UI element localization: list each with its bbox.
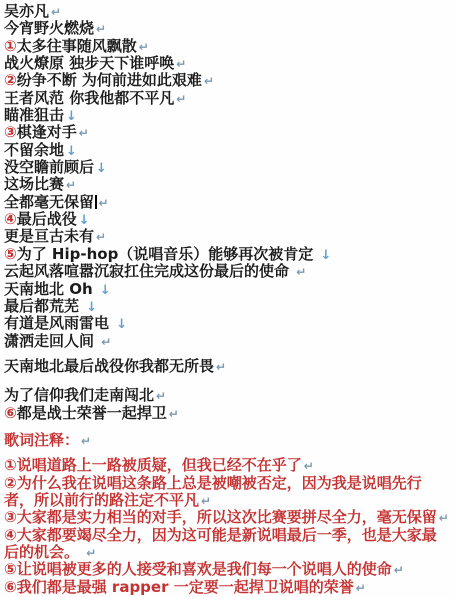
notes-heading[interactable]: 歌词注释：↵ <box>4 432 452 449</box>
lyric-line[interactable]: 有道是风雨雷电 ↓ <box>4 315 452 332</box>
text-segment: 今宵野火燃烧 <box>4 19 94 37</box>
paragraph-mark-icon: ↵ <box>99 196 109 210</box>
line-break-icon: ↓ <box>96 161 107 176</box>
paragraph-mark-icon: ↵ <box>439 511 449 525</box>
text-segment: 歌词注释： <box>4 431 79 449</box>
paragraph-mark-icon: ↵ <box>96 230 106 244</box>
lyric-line[interactable]: 天南地北最后战役你我都无所畏↵ <box>4 358 452 375</box>
text-segment: 后的机会。 <box>4 543 84 561</box>
line-break-icon: ↓ <box>116 317 127 332</box>
text-segment: 更是亘古未有 <box>4 227 94 245</box>
text-segment: 棋逢对手 <box>17 123 77 141</box>
lyric-line[interactable]: 这场比赛↵ <box>4 176 452 193</box>
lyric-line[interactable]: ③棋逢对手↵ <box>4 124 452 141</box>
text-segment: 全都毫无保留 <box>4 193 94 211</box>
paragraph-mark-icon: ↵ <box>296 265 306 279</box>
text-segment: 天南地北 Oh <box>4 280 98 298</box>
paragraph-mark-icon: ↵ <box>176 92 186 106</box>
line-break-icon: ↓ <box>100 283 111 298</box>
text-segment: 云起风落喧嚣沉寂扛住完成这份最后的使命 <box>4 262 294 280</box>
text-segment: ③大家都是实力相当的对手，所以这次比赛要拼尽全力，毫无保留 <box>4 508 437 526</box>
text-segment: 不留余地 <box>4 141 64 159</box>
paragraph-mark-icon: ↵ <box>101 335 111 349</box>
paragraph-mark-icon: ↵ <box>81 434 91 448</box>
annotation-line[interactable]: ⑤让说唱被更多的人接受和喜欢是我们每一个说唱人的使命↵ <box>4 561 452 578</box>
line-break-icon: ↓ <box>66 109 77 124</box>
paragraph-mark-icon: ↵ <box>169 407 179 421</box>
lyric-line[interactable]: 云起风落喧嚣沉寂扛住完成这份最后的使命 ↵ <box>4 263 452 280</box>
paragraph-mark-icon: ↵ <box>156 389 166 403</box>
text-segment: 瞄准狙击 <box>4 106 64 124</box>
text-segment: ③ <box>4 123 17 141</box>
text-segment: ① <box>4 37 17 55</box>
annotation-line[interactable]: ⑥我们都是最强 rapper 一定要一起捍卫说唱的荣誉↵ <box>4 579 452 596</box>
text-segment: ④ <box>4 210 17 228</box>
line-break-icon: ↓ <box>86 300 97 315</box>
text-segment: 有道是风雨雷电 <box>4 314 114 332</box>
text-segment: ⑤ <box>4 245 17 263</box>
text-segment: 太多往事随风飘散 <box>17 37 137 55</box>
paragraph-mark-icon: ↵ <box>304 459 314 473</box>
line-break-icon: ↓ <box>321 248 332 263</box>
text-segment: 吴亦凡 <box>4 2 49 20</box>
annotation-line[interactable]: 者，所以前行的路注定不平凡↵ <box>4 492 452 509</box>
paragraph-mark-icon: ↵ <box>394 563 404 577</box>
text-segment: 这场比赛 <box>4 175 64 193</box>
paragraph-mark-icon: ↵ <box>51 5 61 19</box>
annotation-line[interactable]: ③大家都是实力相当的对手，所以这次比赛要拼尽全力，毫无保留↵ <box>4 509 452 526</box>
text-segment: 者，所以前行的路注定不平凡 <box>4 491 199 509</box>
annotation-line[interactable]: ①说唱道路上一路被质疑，但我已经不在乎了↵ <box>4 457 452 474</box>
line-break-icon: ↓ <box>66 144 77 159</box>
paragraph-mark-icon: ↵ <box>356 581 366 595</box>
lyric-line[interactable]: 最后都荒芜 ↓ <box>4 298 452 315</box>
text-segment: ② <box>4 71 17 89</box>
document-page[interactable]: 吴亦凡↵今宵野火燃烧↵①太多往事随风飘散↵战火燎原 独步天下谁呼唤↵②纷争不断 … <box>0 0 455 597</box>
text-segment: ②为什么我在说唱这条路上总是被嘲被否定，因为我是说唱先行 <box>4 474 422 492</box>
text-segment: 最后战役 <box>17 210 77 228</box>
annotation-line[interactable]: ④大家都要竭尽全力，因为这可能是新说唱最后一季，也是大家最 <box>4 527 452 544</box>
paragraph-mark-icon: ↵ <box>66 178 76 192</box>
text-segment: ⑤让说唱被更多的人接受和喜欢是我们每一个说唱人的使命 <box>4 560 392 578</box>
text-segment: ④大家都要竭尽全力，因为这可能是新说唱最后一季，也是大家最 <box>4 526 437 544</box>
lyric-line[interactable]: 瞄准狙击↓ <box>4 107 452 124</box>
lyric-line[interactable]: 没空瞻前顾后↓ <box>4 159 452 176</box>
lyric-line[interactable]: 今宵野火燃烧↵ <box>4 20 452 37</box>
lyric-line[interactable]: 不留余地↓ <box>4 142 452 159</box>
text-segment: 王者风范 你我他都不平凡 <box>4 89 174 107</box>
lyric-line[interactable]: 全都毫无保留↵ <box>4 194 452 211</box>
lyric-line[interactable]: ②纷争不断 为何前进如此艰难↵ <box>4 72 452 89</box>
text-segment: ⑥ <box>4 404 17 422</box>
paragraph-mark-icon: ↵ <box>201 494 211 508</box>
text-segment: ①说唱道路上一路被质疑，但我已经不在乎了 <box>4 456 302 474</box>
paragraph-mark-icon: ↵ <box>176 57 186 71</box>
lyric-line[interactable]: ④最后战役↓ <box>4 211 452 228</box>
paragraph-mark-icon: ↵ <box>139 40 149 54</box>
lyric-line[interactable]: 王者风范 你我他都不平凡↵ <box>4 90 452 107</box>
lyric-line[interactable]: ⑥都是战士荣誉一起捍卫↵ <box>4 405 452 422</box>
lyric-line[interactable]: 吴亦凡↵ <box>4 3 452 20</box>
lyric-line[interactable]: 更是亘古未有↵ <box>4 228 452 245</box>
lyric-line[interactable]: 潇洒走回人间 ↵ <box>4 333 452 350</box>
lyric-line[interactable]: 战火燎原 独步天下谁呼唤↵ <box>4 55 452 72</box>
paragraph-mark-icon: ↵ <box>96 22 106 36</box>
lyric-line[interactable]: ①太多往事随风飘散↵ <box>4 38 452 55</box>
paragraph-mark-icon: ↵ <box>79 126 89 140</box>
paragraph-mark-icon: ↵ <box>216 360 226 374</box>
text-cursor <box>95 195 97 209</box>
text-segment: 纷争不断 为何前进如此艰难 <box>17 71 202 89</box>
text-segment: 潇洒走回人间 <box>4 332 99 350</box>
text-segment: 战火燎原 独步天下谁呼唤 <box>4 54 174 72</box>
text-segment: 最后都荒芜 <box>4 297 84 315</box>
lyric-line[interactable]: ⑤为了 Hip-hop（说唱音乐）能够再次被肯定 ↓ <box>4 246 452 263</box>
annotation-line[interactable]: ②为什么我在说唱这条路上总是被嘲被否定，因为我是说唱先行 <box>4 475 452 492</box>
lyric-line[interactable]: 为了信仰我们走南闯北↵ <box>4 387 452 404</box>
line-break-icon: ↓ <box>79 213 90 228</box>
lyric-line[interactable]: 天南地北 Oh ↓ <box>4 281 452 298</box>
text-segment: 为了信仰我们走南闯北 <box>4 386 154 404</box>
text-segment: 为了 Hip-hop（说唱音乐）能够再次被肯定 <box>17 245 319 263</box>
text-segment: 天南地北最后战役你我都无所畏 <box>4 357 214 375</box>
text-segment: ⑥我们都是最强 rapper 一定要一起捍卫说唱的荣誉 <box>4 578 354 596</box>
text-segment: 没空瞻前顾后 <box>4 158 94 176</box>
annotation-line[interactable]: 后的机会。 ↵ <box>4 544 452 561</box>
paragraph-mark-icon: ↵ <box>86 546 96 560</box>
text-segment: 都是战士荣誉一起捍卫 <box>17 404 167 422</box>
paragraph-mark-icon: ↵ <box>204 74 214 88</box>
